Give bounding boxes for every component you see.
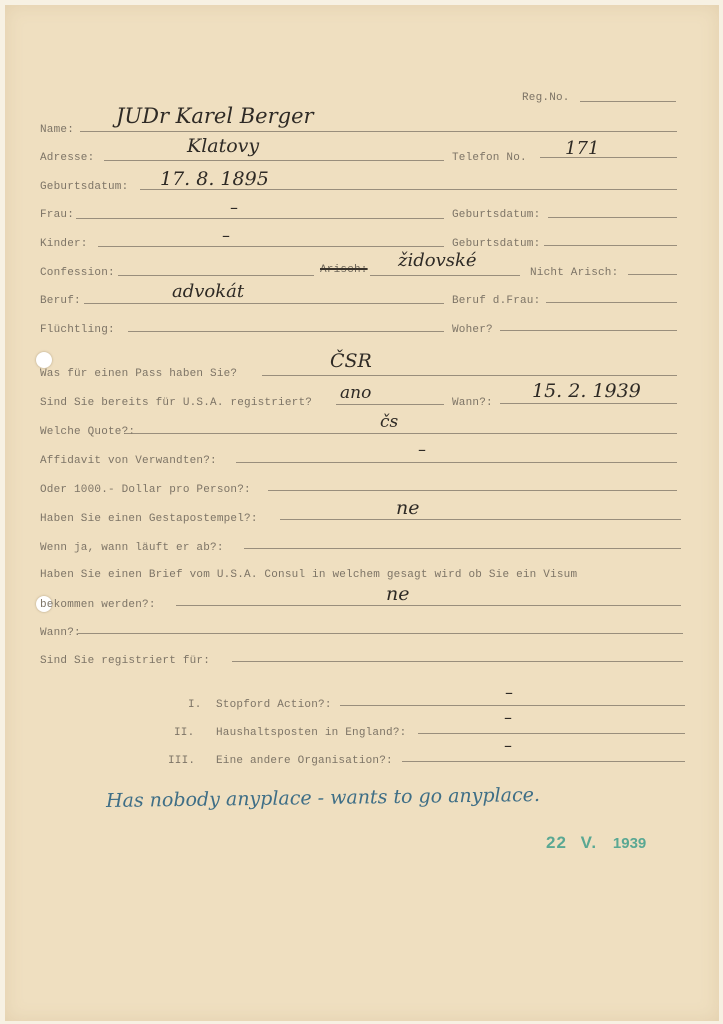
frau-geburtsdatum-label: Geburtsdatum: — [452, 209, 540, 221]
frau-value: – — [230, 198, 238, 217]
brief-wann-label: Wann?: — [40, 627, 81, 639]
kinder-geburtsdatum-label: Geburtsdatum: — [452, 238, 540, 250]
org-3-number: III. — [168, 755, 195, 767]
brief-wann-line — [78, 633, 683, 634]
nicht-arisch-label: Nicht Arisch: — [530, 267, 618, 279]
stamp-year: 1939 — [613, 835, 646, 852]
ablauf-line — [244, 548, 681, 549]
affidavit-value: – — [418, 440, 426, 459]
fluechtling-label: Flüchtling: — [40, 324, 115, 336]
usa-registriert-label: Sind Sie bereits für U.S.A. registriert? — [40, 397, 312, 409]
ablauf-label: Wenn ja, wann läuft er ab?: — [40, 542, 224, 554]
telefon-line — [540, 157, 677, 158]
confession-line — [118, 275, 314, 276]
confession-label: Confession: — [40, 267, 115, 279]
kinder-geburtsdatum-line — [544, 245, 677, 246]
adresse-label: Adresse: — [40, 152, 94, 164]
date-stamp: 22 V. 1939 — [546, 833, 646, 853]
usa-registriert-value: ano — [340, 383, 371, 403]
org-1-line — [340, 705, 685, 706]
adresse-line — [104, 160, 444, 161]
kinder-line — [98, 246, 444, 247]
org-1-number: I. — [188, 699, 202, 711]
pass-line — [262, 375, 677, 376]
org-2-line — [418, 733, 685, 734]
brief-line — [176, 605, 681, 606]
wann-registriert-label: Wann?: — [452, 397, 493, 409]
quote-line — [124, 433, 677, 434]
kinder-value: – — [222, 226, 230, 245]
affidavit-line — [236, 462, 677, 463]
punch-hole-top — [36, 352, 52, 368]
wann-registriert-line — [500, 403, 677, 404]
beruf-value: advokát — [172, 281, 244, 302]
wann-registriert-value: 15. 2. 1939 — [532, 380, 641, 402]
beruf-line — [84, 303, 444, 304]
name-line — [80, 131, 677, 132]
kinder-label: Kinder: — [40, 238, 88, 250]
beruf-frau-line — [546, 302, 677, 303]
org-2-label: Haushaltsposten in England?: — [216, 727, 406, 739]
org-1-label: Stopford Action?: — [216, 699, 332, 711]
frau-line — [76, 218, 444, 219]
dollar-label: Oder 1000.- Dollar pro Person?: — [40, 484, 251, 496]
registriert-fuer-label: Sind Sie registriert für: — [40, 655, 210, 667]
affidavit-label: Affidavit von Verwandten?: — [40, 455, 217, 467]
org-1-value: – — [505, 683, 513, 702]
telefon-value: 171 — [565, 138, 599, 159]
registriert-fuer-line — [232, 661, 683, 662]
org-2-number: II. — [174, 727, 194, 739]
pass-label: Was für einen Pass haben Sie? — [40, 368, 237, 380]
arisch-value: židovské — [398, 250, 477, 271]
nicht-arisch-line — [628, 274, 677, 275]
dollar-line — [268, 490, 677, 491]
pass-value: ČSR — [330, 350, 372, 372]
gestapostempel-label: Haben Sie einen Gestapostempel?: — [40, 513, 258, 525]
geburtsdatum-label: Geburtsdatum: — [40, 181, 128, 193]
stamp-month: V. — [581, 833, 598, 852]
reg-no-line — [580, 101, 676, 102]
brief-line1-label: Haben Sie einen Brief vom U.S.A. Consul … — [40, 569, 577, 581]
fluechtling-line — [128, 331, 444, 332]
gestapostempel-line — [280, 519, 681, 520]
woher-line — [500, 330, 677, 331]
geburtsdatum-value: 17. 8. 1895 — [160, 168, 269, 190]
telefon-label: Telefon No. — [452, 152, 527, 164]
org-3-line — [402, 761, 685, 762]
quote-label: Welche Quote?: — [40, 426, 135, 438]
arisch-line — [370, 275, 520, 276]
beruf-frau-label: Beruf d.Frau: — [452, 295, 540, 307]
stamp-day: 22 — [546, 833, 567, 852]
frau-geburtsdatum-line — [548, 217, 677, 218]
brief-value: ne — [386, 583, 409, 605]
usa-registriert-line — [336, 404, 444, 405]
woher-label: Woher? — [452, 324, 493, 336]
adresse-value: Klatovy — [187, 135, 259, 157]
arisch-label: Arisch: — [320, 264, 368, 276]
name-label: Name: — [40, 124, 74, 136]
org-3-label: Eine andere Organisation?: — [216, 755, 393, 767]
name-value: JUDr Karel Berger — [116, 104, 314, 128]
reg-no-label: Reg.No. — [522, 92, 570, 104]
org-3-value: – — [504, 736, 512, 755]
org-2-value: – — [504, 708, 512, 727]
quote-value: čs — [380, 412, 398, 432]
beruf-label: Beruf: — [40, 295, 81, 307]
frau-label: Frau: — [40, 209, 74, 221]
brief-line2-label: bekommen werden?: — [40, 599, 156, 611]
gestapostempel-value: ne — [396, 497, 419, 519]
